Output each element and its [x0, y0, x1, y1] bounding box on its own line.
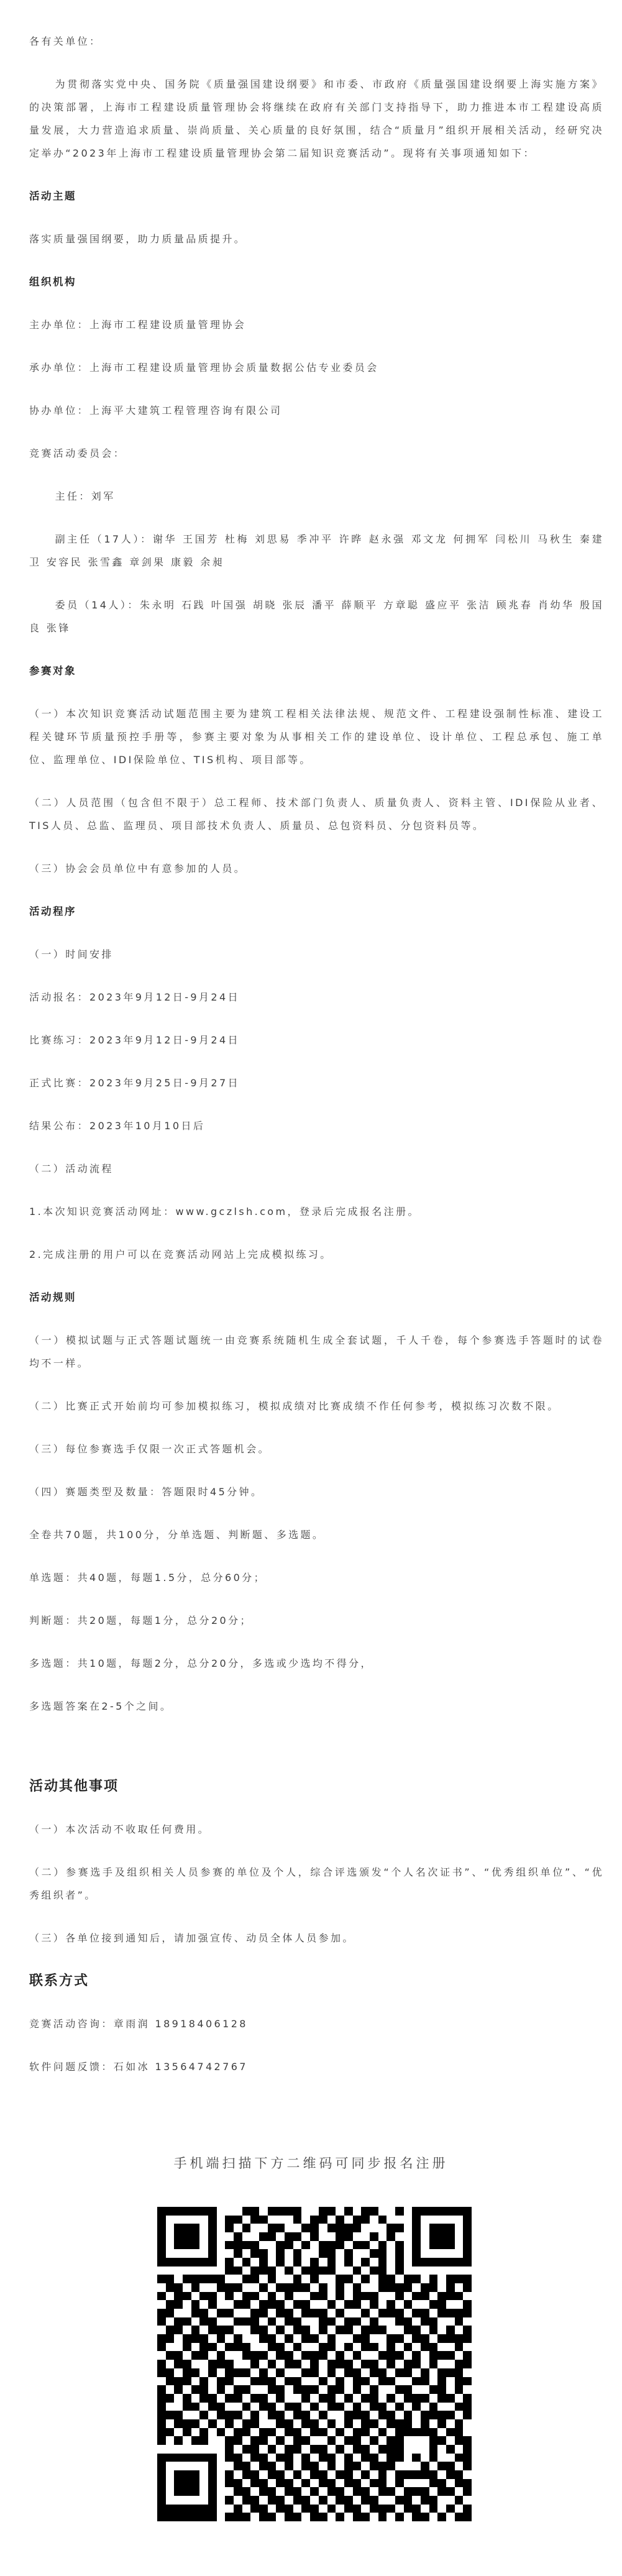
- qr-module: [157, 2343, 166, 2352]
- qr-module: [404, 2300, 413, 2309]
- qr-module: [268, 2334, 277, 2343]
- qr-module: [327, 2496, 336, 2505]
- qr-module: [463, 2419, 472, 2428]
- qr-module: [174, 2496, 183, 2505]
- qr-module: [446, 2487, 455, 2496]
- qr-module: [242, 2462, 251, 2470]
- qr-module: [157, 2496, 166, 2505]
- qr-module: [259, 2470, 268, 2479]
- qr-module: [208, 2309, 217, 2317]
- co-organizer-unit: 协办单位：上海平大建筑工程管理咨询有限公司: [29, 399, 604, 422]
- qr-module: [421, 2275, 429, 2283]
- qr-module: [370, 2309, 378, 2317]
- qr-module: [191, 2445, 200, 2454]
- qr-module: [429, 2505, 438, 2513]
- qr-module: [378, 2216, 387, 2224]
- qr-module: [370, 2445, 378, 2454]
- qr-module: [344, 2309, 353, 2317]
- qr-module: [353, 2479, 362, 2488]
- qr-module: [293, 2368, 302, 2377]
- qr-module: [463, 2309, 472, 2317]
- qr-module: [276, 2487, 285, 2496]
- qr-module: [268, 2249, 277, 2258]
- qr-module: [370, 2334, 378, 2343]
- rule-item: 判断题：共20题，每题1分，总分20分；: [29, 1609, 604, 1632]
- qr-module: [463, 2216, 472, 2224]
- qr-module: [370, 2505, 378, 2513]
- qr-module: [336, 2207, 344, 2216]
- qr-module: [174, 2385, 183, 2394]
- qr-module: [395, 2470, 404, 2479]
- qr-module: [301, 2224, 310, 2232]
- qr-module: [437, 2419, 446, 2428]
- qr-module: [310, 2232, 319, 2241]
- qr-caption: 手机端扫描下方二维码可同步报名注册: [0, 2153, 622, 2172]
- qr-module: [386, 2283, 395, 2292]
- qr-module: [191, 2300, 200, 2309]
- qr-module: [293, 2224, 302, 2232]
- qr-module: [285, 2394, 293, 2403]
- qr-module: [463, 2428, 472, 2437]
- qr-module: [242, 2360, 251, 2368]
- qr-module: [157, 2454, 166, 2462]
- qr-module: [446, 2436, 455, 2445]
- qr-module: [370, 2394, 378, 2403]
- qr-module: [319, 2207, 327, 2216]
- qr-module: [183, 2368, 191, 2377]
- qr-module: [217, 2403, 226, 2411]
- qr-module: [208, 2377, 217, 2386]
- qr-module: [250, 2334, 259, 2343]
- qr-module: [259, 2216, 268, 2224]
- qr-module: [455, 2216, 464, 2224]
- qr-module: [191, 2403, 200, 2411]
- qr-module: [344, 2470, 353, 2479]
- qr-module: [404, 2351, 413, 2360]
- qr-module: [327, 2479, 336, 2488]
- qr-module: [395, 2300, 404, 2309]
- qr-module: [412, 2394, 421, 2403]
- qr-module: [429, 2343, 438, 2352]
- qr-module: [404, 2343, 413, 2352]
- qr-module: [327, 2377, 336, 2386]
- qr-module: [412, 2470, 421, 2479]
- qr-module: [412, 2479, 421, 2488]
- qr-module: [225, 2309, 234, 2317]
- qr-module: [370, 2496, 378, 2505]
- qr-module: [319, 2470, 327, 2479]
- qr-module: [336, 2496, 344, 2505]
- qr-module: [166, 2216, 175, 2224]
- qr-module: [361, 2343, 370, 2352]
- qr-module: [344, 2334, 353, 2343]
- qr-module: [183, 2249, 191, 2258]
- qr-module: [370, 2360, 378, 2368]
- qr-module: [285, 2428, 293, 2437]
- qr-module: [301, 2479, 310, 2488]
- qr-module: [250, 2275, 259, 2283]
- qr-module: [336, 2411, 344, 2419]
- qr-module: [310, 2249, 319, 2258]
- qr-module: [225, 2258, 234, 2267]
- schedule-item: 活动报名：2023年9月12日-9月24日: [29, 986, 604, 1009]
- qr-module: [370, 2207, 378, 2216]
- qr-module: [395, 2232, 404, 2241]
- qr-module: [208, 2403, 217, 2411]
- qr-module: [234, 2470, 242, 2479]
- qr-module: [217, 2445, 226, 2454]
- qr-module: [378, 2411, 387, 2419]
- qr-module: [259, 2360, 268, 2368]
- qr-module: [429, 2496, 438, 2505]
- qr-module: [319, 2428, 327, 2437]
- qr-module: [361, 2385, 370, 2394]
- qr-module: [225, 2487, 234, 2496]
- qr-module: [437, 2513, 446, 2521]
- qr-module: [225, 2241, 234, 2250]
- qr-module: [370, 2216, 378, 2224]
- qr-module: [242, 2351, 251, 2360]
- qr-module: [446, 2462, 455, 2470]
- qr-module: [268, 2487, 277, 2496]
- qr-module: [421, 2334, 429, 2343]
- qr-module: [344, 2436, 353, 2445]
- qr-module: [285, 2326, 293, 2334]
- qr-module: [336, 2267, 344, 2275]
- qr-module: [319, 2411, 327, 2419]
- qr-module: [217, 2505, 226, 2513]
- qr-module: [429, 2436, 438, 2445]
- qr-module: [412, 2445, 421, 2454]
- qr-module: [276, 2479, 285, 2488]
- qr-module: [437, 2207, 446, 2216]
- qr-module: [285, 2343, 293, 2352]
- qr-module: [199, 2368, 208, 2377]
- qr-module: [404, 2216, 413, 2224]
- qr-module: [353, 2207, 362, 2216]
- qr-module: [336, 2428, 344, 2437]
- qr-module: [242, 2428, 251, 2437]
- qr-module: [336, 2368, 344, 2377]
- qr-module: [404, 2385, 413, 2394]
- qr-module: [446, 2224, 455, 2232]
- qr-module: [225, 2403, 234, 2411]
- qr-module: [293, 2403, 302, 2411]
- qr-module: [268, 2258, 277, 2267]
- qr-module: [319, 2513, 327, 2521]
- qr-module: [327, 2454, 336, 2462]
- committee-members: 委员（14人）：朱永明 石践 叶国强 胡晓 张辰 潘平 薛顺平 方章聪 盛应平 …: [29, 594, 604, 639]
- qr-module: [386, 2360, 395, 2368]
- qr-module: [327, 2216, 336, 2224]
- qr-module: [327, 2445, 336, 2454]
- qr-module: [199, 2258, 208, 2267]
- qr-module: [336, 2454, 344, 2462]
- qr-module: [250, 2403, 259, 2411]
- qr-module: [327, 2343, 336, 2352]
- qr-module: [293, 2351, 302, 2360]
- qr-module: [361, 2317, 370, 2326]
- qr-module: [412, 2351, 421, 2360]
- qr-module: [157, 2445, 166, 2454]
- rule-item: （三）每位参赛选手仅限一次正式答题机会。: [29, 1437, 604, 1460]
- qr-module: [370, 2368, 378, 2377]
- qr-module: [353, 2309, 362, 2317]
- other-item: （二）参赛选手及组织相关人员参赛的单位及个人，综合评选颁发“个人名次证书”、“优…: [29, 1861, 604, 1907]
- qr-module: [276, 2317, 285, 2326]
- qr-module: [437, 2351, 446, 2360]
- qr-module: [404, 2207, 413, 2216]
- qr-module: [208, 2249, 217, 2258]
- qr-module: [276, 2224, 285, 2232]
- qr-module: [301, 2454, 310, 2462]
- qr-module: [395, 2216, 404, 2224]
- qr-module: [386, 2368, 395, 2377]
- qr-module: [455, 2419, 464, 2428]
- qr-module: [285, 2334, 293, 2343]
- qr-module: [276, 2300, 285, 2309]
- qr-module: [174, 2300, 183, 2309]
- qr-module: [386, 2351, 395, 2360]
- qr-module: [174, 2436, 183, 2445]
- qr-module: [361, 2232, 370, 2241]
- qr-module: [242, 2505, 251, 2513]
- qr-module: [404, 2249, 413, 2258]
- qr-module: [250, 2454, 259, 2462]
- qr-module: [191, 2470, 200, 2479]
- qr-module: [310, 2258, 319, 2267]
- qr-module: [268, 2411, 277, 2419]
- qr-module: [234, 2326, 242, 2334]
- qr-module: [268, 2513, 277, 2521]
- qr-module: [242, 2216, 251, 2224]
- qr-module: [386, 2454, 395, 2462]
- qr-module: [336, 2351, 344, 2360]
- qr-module: [310, 2403, 319, 2411]
- qr-module: [378, 2317, 387, 2326]
- qr-module: [301, 2317, 310, 2326]
- qr-module: [199, 2496, 208, 2505]
- qr-module: [437, 2470, 446, 2479]
- qr-module: [463, 2343, 472, 2352]
- qr-module: [268, 2351, 277, 2360]
- qr-module: [310, 2462, 319, 2470]
- qr-module: [412, 2368, 421, 2377]
- qr-module: [353, 2411, 362, 2419]
- qr-module: [217, 2496, 226, 2505]
- qr-module: [361, 2419, 370, 2428]
- qr-module: [268, 2343, 277, 2352]
- qr-module: [412, 2232, 421, 2241]
- qr-module: [217, 2241, 226, 2250]
- qr-module: [404, 2419, 413, 2428]
- qr-module: [361, 2300, 370, 2309]
- qr-module: [208, 2385, 217, 2394]
- qr-module: [191, 2249, 200, 2258]
- qr-module: [174, 2267, 183, 2275]
- qr-module: [386, 2385, 395, 2394]
- qr-module: [463, 2368, 472, 2377]
- qr-module: [386, 2258, 395, 2267]
- qr-module: [225, 2334, 234, 2343]
- qr-module: [378, 2377, 387, 2386]
- qr-module: [285, 2207, 293, 2216]
- qr-module: [191, 2385, 200, 2394]
- qr-module: [378, 2241, 387, 2250]
- qr-module: [268, 2326, 277, 2334]
- qr-module: [344, 2394, 353, 2403]
- qr-module: [259, 2394, 268, 2403]
- qr-module: [446, 2419, 455, 2428]
- qr-module: [242, 2232, 251, 2241]
- qr-module: [361, 2326, 370, 2334]
- qr-module: [183, 2334, 191, 2343]
- qr-module: [378, 2232, 387, 2241]
- qr-module: [437, 2249, 446, 2258]
- qr-module: [378, 2300, 387, 2309]
- qr-module: [455, 2317, 464, 2326]
- qr-module: [336, 2343, 344, 2352]
- qr-module: [361, 2292, 370, 2301]
- qr-module: [191, 2326, 200, 2334]
- qr-module: [319, 2487, 327, 2496]
- qr-module: [437, 2292, 446, 2301]
- qr-module: [361, 2258, 370, 2267]
- qr-module: [421, 2267, 429, 2275]
- qr-module: [268, 2267, 277, 2275]
- qr-module: [285, 2487, 293, 2496]
- qr-module: [319, 2283, 327, 2292]
- qr-module: [386, 2241, 395, 2250]
- qr-module: [421, 2454, 429, 2462]
- qr-module: [250, 2445, 259, 2454]
- qr-module: [446, 2283, 455, 2292]
- qr-module: [310, 2224, 319, 2232]
- qr-module: [310, 2241, 319, 2250]
- qr-module: [336, 2436, 344, 2445]
- qr-module: [395, 2436, 404, 2445]
- qr-module: [242, 2436, 251, 2445]
- qr-module: [293, 2513, 302, 2521]
- qr-module: [259, 2377, 268, 2386]
- qr-module: [319, 2445, 327, 2454]
- qr-module: [242, 2394, 251, 2403]
- qr-module: [437, 2454, 446, 2462]
- qr-module: [404, 2309, 413, 2317]
- qr-module: [404, 2479, 413, 2488]
- qr-module: [386, 2216, 395, 2224]
- qr-module: [250, 2267, 259, 2275]
- qr-module: [310, 2207, 319, 2216]
- qr-module: [234, 2275, 242, 2283]
- qr-module: [285, 2317, 293, 2326]
- qr-module: [157, 2292, 166, 2301]
- qr-module: [327, 2419, 336, 2428]
- qr-module: [370, 2470, 378, 2479]
- qr-module: [225, 2505, 234, 2513]
- qr-module: [336, 2462, 344, 2470]
- qr-module: [166, 2317, 175, 2326]
- qr-module: [361, 2334, 370, 2343]
- qr-module: [276, 2326, 285, 2334]
- qr-module: [463, 2207, 472, 2216]
- qr-module: [353, 2428, 362, 2437]
- qr-module: [174, 2241, 183, 2250]
- qr-module: [301, 2436, 310, 2445]
- qr-module: [327, 2309, 336, 2317]
- qr-module: [327, 2224, 336, 2232]
- qr-module: [293, 2292, 302, 2301]
- qr-module: [319, 2454, 327, 2462]
- qr-code-icon[interactable]: [157, 2207, 472, 2521]
- qr-module: [301, 2292, 310, 2301]
- qr-module: [217, 2283, 226, 2292]
- qr-module: [378, 2496, 387, 2505]
- qr-module: [412, 2241, 421, 2250]
- qr-module: [259, 2505, 268, 2513]
- qr-module: [208, 2360, 217, 2368]
- qr-module: [157, 2505, 166, 2513]
- qr-module: [276, 2496, 285, 2505]
- qr-module: [225, 2377, 234, 2386]
- other-item: （三）各单位接到通知后，请加强宣传、动员全体人员参加。: [29, 1927, 604, 1950]
- qr-module: [386, 2334, 395, 2343]
- qr-module: [336, 2470, 344, 2479]
- qr-module: [183, 2411, 191, 2419]
- qr-module: [174, 2249, 183, 2258]
- qr-module: [353, 2470, 362, 2479]
- qr-module: [386, 2496, 395, 2505]
- qr-module: [463, 2496, 472, 2505]
- qr-module: [259, 2334, 268, 2343]
- qr-module: [268, 2283, 277, 2292]
- qr-module: [183, 2351, 191, 2360]
- qr-module: [199, 2275, 208, 2283]
- qr-module: [429, 2258, 438, 2267]
- qr-module: [174, 2309, 183, 2317]
- qr-module: [319, 2496, 327, 2505]
- qr-module: [395, 2258, 404, 2267]
- qr-module: [395, 2292, 404, 2301]
- qr-module: [250, 2351, 259, 2360]
- qr-module: [463, 2470, 472, 2479]
- qr-module: [437, 2368, 446, 2377]
- qr-module: [183, 2275, 191, 2283]
- qr-module: [429, 2479, 438, 2488]
- qr-module: [268, 2428, 277, 2437]
- qr-module: [285, 2292, 293, 2301]
- qr-module: [208, 2436, 217, 2445]
- qr-module: [242, 2309, 251, 2317]
- qr-module: [421, 2377, 429, 2386]
- qr-module: [463, 2454, 472, 2462]
- qr-module: [234, 2377, 242, 2386]
- qr-module: [174, 2428, 183, 2437]
- qr-module: [370, 2292, 378, 2301]
- qr-module: [361, 2505, 370, 2513]
- qr-module: [157, 2317, 166, 2326]
- qr-module: [301, 2496, 310, 2505]
- qr-module: [446, 2479, 455, 2488]
- qr-module: [404, 2436, 413, 2445]
- qr-module: [183, 2505, 191, 2513]
- qr-module: [208, 2224, 217, 2232]
- qr-module: [455, 2394, 464, 2403]
- qr-module: [404, 2334, 413, 2343]
- qr-module: [319, 2343, 327, 2352]
- qr-module: [285, 2479, 293, 2488]
- qr-module: [386, 2326, 395, 2334]
